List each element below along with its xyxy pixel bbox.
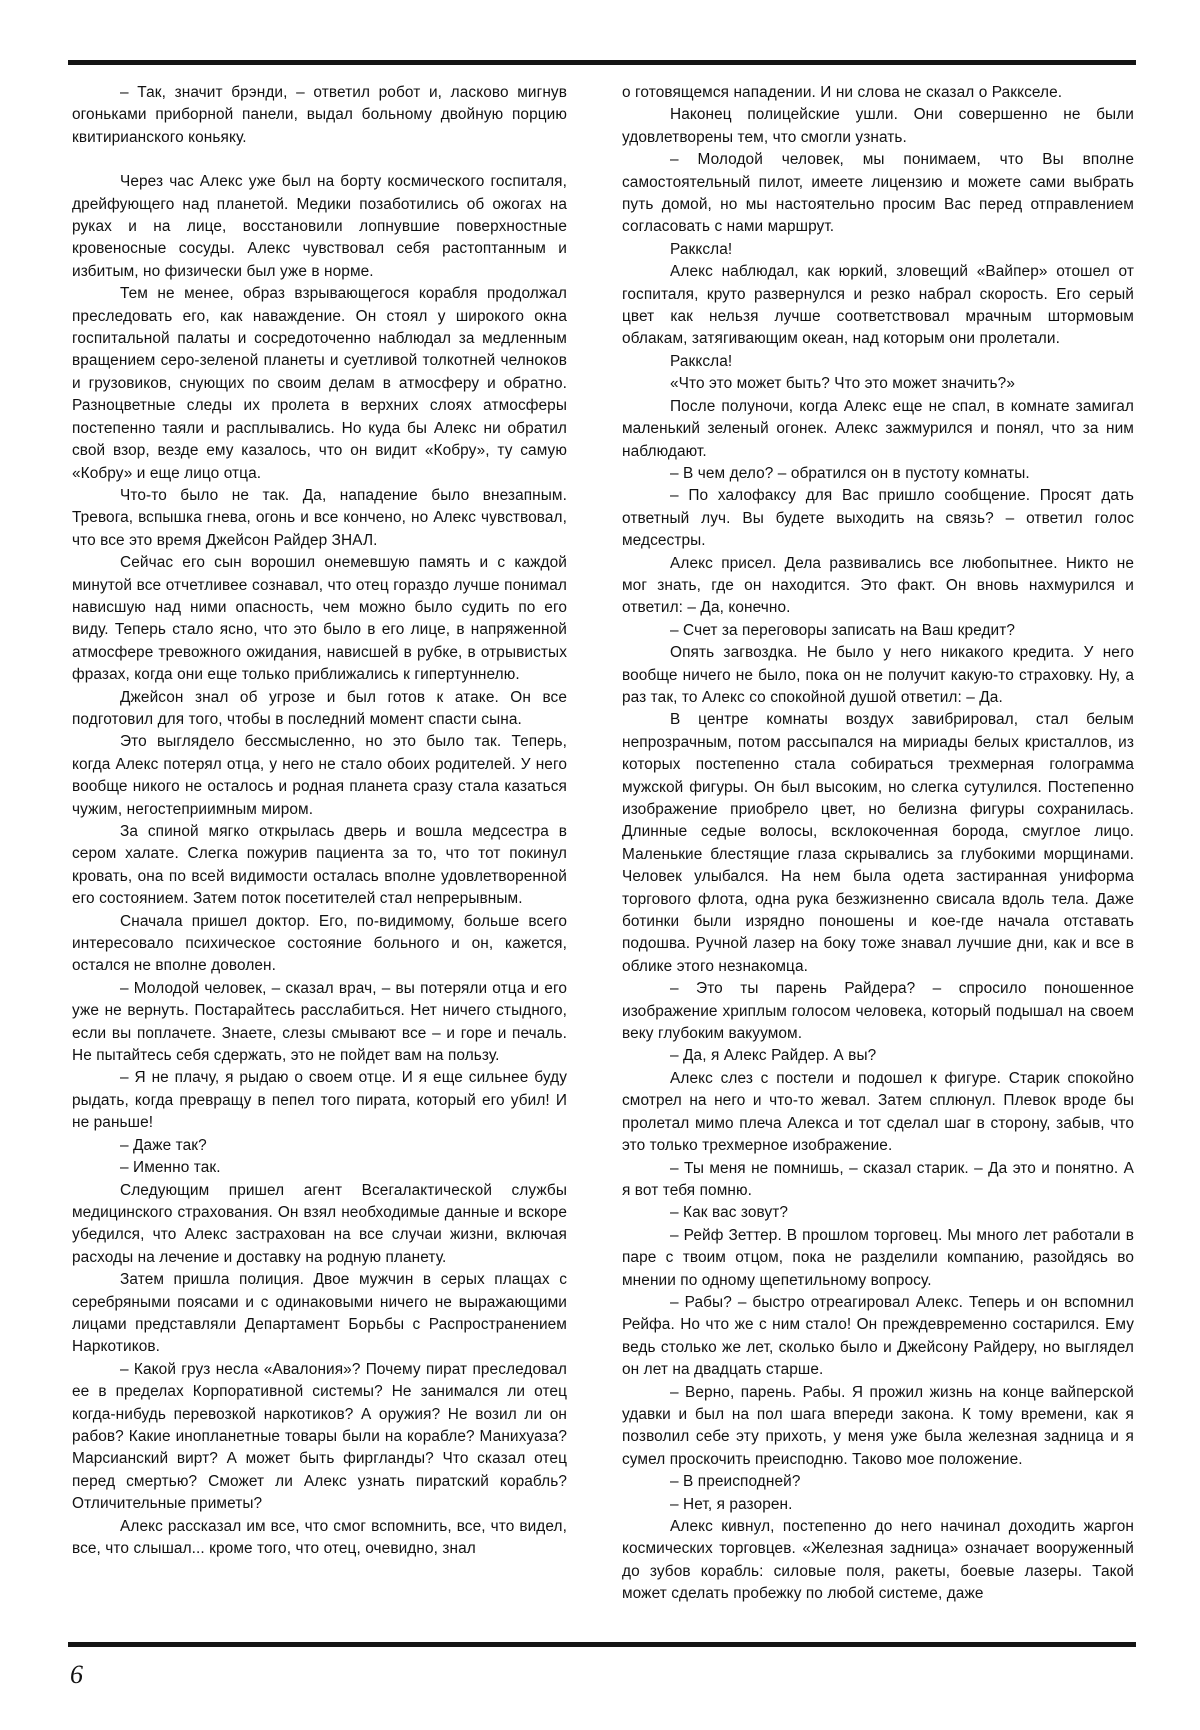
page-number: 6 xyxy=(70,1660,83,1690)
paragraph: – Нет, я разорен. xyxy=(622,1494,1134,1516)
top-rule xyxy=(68,60,1136,65)
paragraph: За спиной мягко открылась дверь и вошла … xyxy=(72,821,567,911)
paragraph: После полуночи, когда Алекс еще не спал,… xyxy=(622,396,1134,463)
paragraph: Ракксла! xyxy=(622,351,1134,373)
paragraph: – Счет за переговоры записать на Ваш кре… xyxy=(622,620,1134,642)
bottom-rule xyxy=(68,1642,1136,1647)
paragraph: Что-то было не так. Да, нападение было в… xyxy=(72,485,567,552)
paragraph: В центре комнаты воздух завибрировал, ст… xyxy=(622,709,1134,978)
paragraph: – Именно так. xyxy=(72,1157,567,1179)
paragraph: Это выглядело бессмысленно, но это было … xyxy=(72,731,567,821)
paragraph: – Молодой человек, мы понимаем, что Вы в… xyxy=(622,149,1134,239)
paragraph: Алекс слез с постели и подошел к фигуре.… xyxy=(622,1068,1134,1158)
paragraph: Алекс кивнул, постепенно до него начинал… xyxy=(622,1516,1134,1606)
paragraph: – Молодой человек, – сказал врач, – вы п… xyxy=(72,978,567,1068)
paragraph: Алекс присел. Дела развивались все любоп… xyxy=(622,553,1134,620)
paragraph: «Что это может быть? Что это может значи… xyxy=(622,373,1134,395)
paragraph: – Верно, парень. Рабы. Я прожил жизнь на… xyxy=(622,1382,1134,1472)
paragraph-continued: о готовящемся нападении. И ни слова не с… xyxy=(622,82,1134,104)
paragraph: – В чем дело? – обратился он в пустоту к… xyxy=(622,463,1134,485)
paragraph: Сейчас его сын ворошил онемевшую память … xyxy=(72,552,567,686)
paragraph: – Это ты парень Райдера? – спросило поно… xyxy=(622,978,1134,1045)
paragraph: Опять загвоздка. Не было у него никакого… xyxy=(622,642,1134,709)
paragraph: – По халофаксу для Вас пришло сообщение.… xyxy=(622,485,1134,552)
paragraph: – Да, я Алекс Райдер. А вы? xyxy=(622,1045,1134,1067)
right-column: о готовящемся нападении. И ни слова не с… xyxy=(622,82,1134,1606)
paragraph: – Какой груз несла «Авалония»? Почему пи… xyxy=(72,1359,567,1516)
paragraph: Затем пришла полиция. Двое мужчин в серы… xyxy=(72,1269,567,1359)
paragraph: – Так, значит брэнди, – ответил робот и,… xyxy=(72,82,567,149)
paragraph: – Даже так? xyxy=(72,1135,567,1157)
paragraph: Тем не менее, образ взрывающегося корабл… xyxy=(72,283,567,485)
paragraph: Джейсон знал об угрозе и был готов к ата… xyxy=(72,687,567,732)
paragraph: Алекс рассказал им все, что смог вспомни… xyxy=(72,1516,567,1561)
paragraph: – Я не плачу, я рыдаю о своем отце. И я … xyxy=(72,1067,567,1134)
left-column: – Так, значит брэнди, – ответил робот и,… xyxy=(72,82,567,1560)
paragraph: – Рейф Зеттер. В прошлом торговец. Мы мн… xyxy=(622,1225,1134,1292)
paragraph: Сначала пришел доктор. Его, по-видимому,… xyxy=(72,911,567,978)
paragraph: Алекс наблюдал, как юркий, зловещий «Вай… xyxy=(622,261,1134,351)
paragraph: – Как вас зовут? xyxy=(622,1202,1134,1224)
paragraph: – Ты меня не помнишь, – сказал старик. –… xyxy=(622,1158,1134,1203)
paragraph: Следующим пришел агент Всегалактической … xyxy=(72,1180,567,1270)
paragraph: Ракксла! xyxy=(622,239,1134,261)
paragraph: Наконец полицейские ушли. Они совершенно… xyxy=(622,104,1134,149)
paragraph: – В преисподней? xyxy=(622,1471,1134,1493)
paragraph: Через час Алекс уже был на борту космиче… xyxy=(72,171,567,283)
paragraph: – Рабы? – быстро отреагировал Алекс. Теп… xyxy=(622,1292,1134,1382)
